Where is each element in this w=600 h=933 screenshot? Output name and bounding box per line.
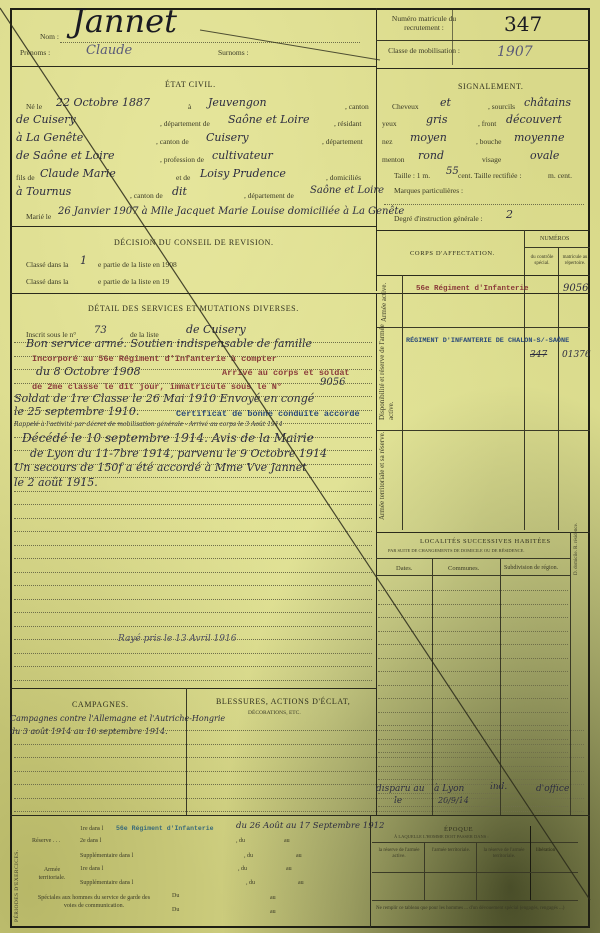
service-decede: Décédé le 10 septembre 1914. Avis de la … [22, 431, 314, 445]
matricule-value: 347 [504, 12, 542, 36]
corps-title: CORPS D'AFFECTATION. [410, 250, 495, 257]
birth-date: 22 Octobre 1887 [56, 96, 150, 109]
father-name: Claude Marie [40, 167, 116, 180]
periode-r1: du 26 Août au 17 Septembre 1912 [236, 821, 384, 831]
section-territoriale: Armée territoriale et sa réserve. [378, 430, 387, 520]
services-title: DÉTAIL DES SERVICES ET MUTATIONS DIVERSE… [88, 304, 299, 313]
surnoms-label: Surnoms : [218, 48, 249, 57]
signalement-title: SIGNALEMENT. [458, 82, 524, 91]
blessures-title: BLESSURES, ACTIONS D'ÉCLAT, [216, 697, 350, 706]
marriage-info: 26 Janvier 1907 à Mlle Jacquet Marie Lou… [58, 206, 404, 217]
campagnes-title: CAMPAGNES. [72, 700, 129, 709]
periodes-side: PÉRIODES D'EXERCICES. [14, 850, 20, 922]
birth-place: Jeuvengon [208, 96, 267, 109]
prenoms-label: Prénoms : [20, 48, 50, 57]
epoque-title: ÉPOQUE [444, 826, 473, 833]
service-line1: Bon service armé. Soutien indispensable … [26, 337, 312, 350]
nom-value: Jannet [72, 2, 177, 40]
localites-title: LOCALITÉS SUCCESSIVES HABITÉES [420, 538, 551, 545]
classe-label: Classe de mobilisation : [384, 46, 464, 55]
nom-label: Nom : [40, 32, 59, 41]
section-dispo: Disponibilité et réserve de l'armée acti… [378, 320, 396, 420]
degre-value: 2 [506, 208, 513, 221]
section-active: Armée active. [380, 283, 388, 322]
prenoms-value: Claude [86, 43, 132, 58]
campagnes-line1: Campagnes contre l'Allemagne et l'Autric… [10, 714, 225, 723]
mother-name: Loisy Prudence [200, 167, 286, 180]
etat-civil-title: ÉTAT CIVIL. [165, 80, 216, 89]
corps-row2: RÉGIMENT D'INFANTERIE DE CHALON-S/-SAÔNE [406, 337, 569, 345]
corps-row1: 56e Régiment d'Infanterie [416, 285, 529, 293]
profession: cultivateur [212, 149, 273, 162]
revision-title: DÉCISION DU CONSEIL DE REVISION. [114, 238, 274, 247]
stamp-certificat: Certificat de bonne conduite accordé [176, 409, 360, 419]
service-soldat: Soldat de 1re Classe le 26 Mai 1910 Envo… [14, 392, 314, 405]
classe-value: 1907 [497, 44, 533, 60]
